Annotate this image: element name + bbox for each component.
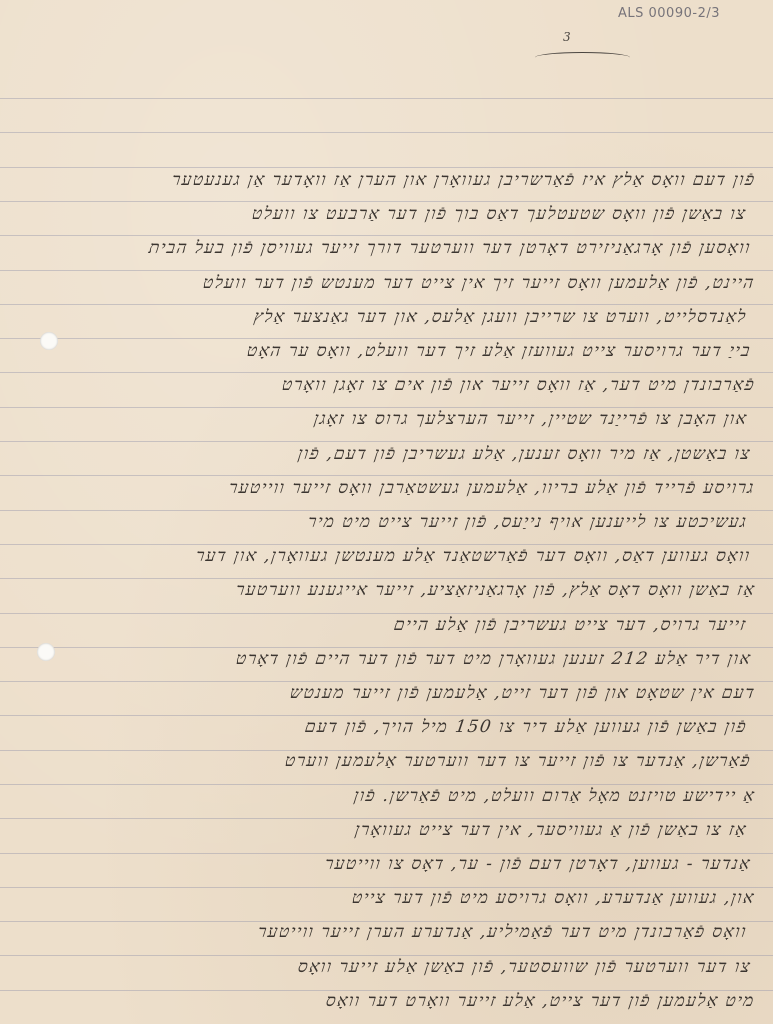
ruled-line: [0, 235, 773, 236]
handwritten-line: פֿאַרשן, אַנדער צו פֿון זייער צו דער ווע…: [284, 751, 753, 771]
ruled-line: [0, 475, 773, 476]
ruled-line: [0, 132, 773, 133]
ruled-line: [0, 270, 773, 271]
ruled-line: [0, 613, 773, 614]
punch-hole-bottom: [37, 643, 55, 661]
ruled-line: [0, 372, 773, 373]
handwritten-line: געשיכטע צו לייענען אויף נייַעס, פֿון זיי…: [306, 512, 748, 532]
handwritten-line: וואָסען פֿון אָרגאַניזירט דאָרטן דער ווע…: [148, 238, 753, 258]
ruled-line: [0, 544, 773, 545]
handwritten-line: דעם אין שטאָט און פֿון דער זייט, אַלעמען…: [288, 683, 756, 703]
archive-id-label: ALS 00090-2/3: [618, 6, 720, 21]
handwritten-line: אַז באַשן וואָס דאָס אַלץ, פֿון אָרגאַני…: [234, 580, 756, 600]
handwritten-line: זייער גרויס, דער צייט געשריבן פֿון אַלע …: [393, 615, 748, 635]
handwritten-line: וואָס געווען דאַס, וואָס דער פֿאַרשטאַנד…: [195, 546, 752, 566]
ruled-line: [0, 304, 773, 305]
handwritten-line: לאַנדסלייט, ווערט צו שרייבן וועגן אַלעס,…: [253, 307, 749, 327]
handwritten-line: מיט אַלעמען פֿון דער צייט, אַלע זייער וו…: [325, 991, 757, 1011]
manuscript-page: ALS 00090-2/3 3 פֿון דעם וואָס אַלץ איז …: [0, 0, 773, 1024]
punch-hole-top: [40, 332, 58, 350]
ruled-line: [0, 441, 773, 442]
handwritten-line: פֿון באַשן פֿון געווען אַלע דיר צו 150 מ…: [304, 717, 749, 737]
ruled-line: [0, 407, 773, 408]
ruled-line: [0, 201, 773, 202]
handwritten-line: בייַ דער גרויסער צייט געוועזן אַלע זיך ד…: [246, 341, 753, 361]
ruled-line: [0, 681, 773, 682]
handwritten-line: צו באַשן פֿון וואָס שטעטלעך דאַס בוך פֿו…: [251, 204, 748, 224]
handwritten-line: אַז צו באַשן פֿון אַ געוויסער, אין דער צ…: [354, 820, 749, 840]
ruled-line: [0, 98, 773, 99]
ruled-line: [0, 647, 773, 648]
ruled-line: [0, 715, 773, 716]
page-number-flourish: [535, 52, 630, 63]
ruled-line: [0, 578, 773, 579]
ruled-line: [0, 510, 773, 511]
page-number: 3: [563, 30, 571, 44]
handwritten-line: און, געווען אַנדערע, וואָס גרויסע מיט פֿ…: [351, 888, 757, 908]
ruled-line: [0, 955, 773, 956]
handwritten-line: וואָס פֿאַרבונדן מיט דער פֿאַמיליע, אַנד…: [257, 922, 749, 942]
ruled-line: [0, 167, 773, 168]
handwritten-line: פֿאַרבונדן מיט דער, אַז וואָס זייער און …: [281, 375, 757, 395]
handwritten-line: היינט, פֿון אַלעמען וואָס זייער זיך אין …: [202, 273, 757, 293]
handwritten-line: צו באַשטן, אַז מיר וואָס זענען, אַלע געש…: [297, 444, 753, 464]
ruled-line: [0, 818, 773, 819]
handwritten-line: אַ יידישע טויזנט מאָל אַרום וועלט, מיט פ…: [352, 786, 756, 806]
ruled-line: [0, 338, 773, 339]
ruled-line: [0, 784, 773, 785]
handwritten-line: צו דער ווערטער פֿון שוועסטער, פֿון באַשן…: [296, 957, 752, 977]
handwritten-line: אַנדער - געווען, דאָרטן דעם פֿון - ער, ד…: [324, 854, 753, 874]
handwritten-line: און האָבן צו פֿרייַנד שטיין, זייער הערצל…: [312, 409, 748, 429]
handwritten-line: פֿון דעם וואָס אַלץ איז פֿאַרשריבן געווא…: [170, 170, 756, 190]
handwritten-line: און דיר אַלע 212 זענען געוואָרן מיט דער …: [234, 649, 752, 669]
handwritten-line: גרויסע פֿרייד פֿון אַלע בריוו, אַלעמען ג…: [228, 478, 756, 498]
